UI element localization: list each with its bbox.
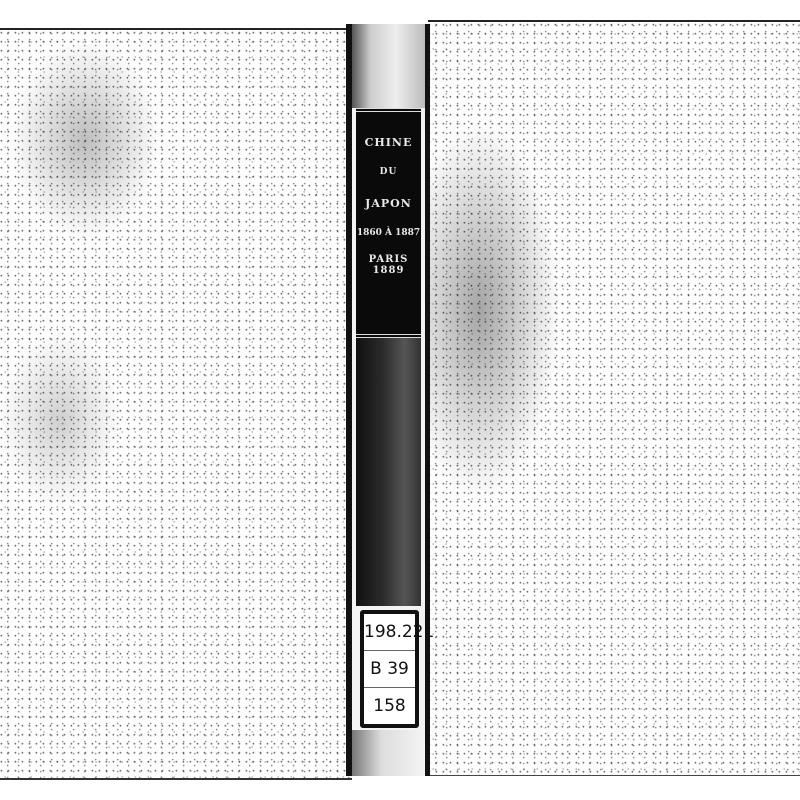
right-cover-board bbox=[428, 20, 800, 776]
spine-body bbox=[356, 338, 421, 606]
call-number-line: B 39 bbox=[364, 651, 415, 688]
book-spine: CHINE DU JAPON 1860 À 1887 PARIS 1889 19… bbox=[346, 24, 430, 776]
spine-place: PARIS bbox=[356, 254, 421, 265]
spine-date-range: 1860 À 1887 bbox=[356, 228, 421, 238]
left-cover-board bbox=[0, 28, 352, 780]
spine-title-label: CHINE DU JAPON 1860 À 1887 PARIS 1889 bbox=[356, 108, 421, 338]
call-number-label: 198.221 B 39 158 bbox=[360, 610, 419, 728]
spine-tail bbox=[352, 730, 425, 776]
call-number-line: 198.221 bbox=[364, 614, 415, 651]
spine-title-line: JAPON bbox=[356, 197, 421, 210]
spine-head bbox=[352, 24, 425, 108]
call-number-line: 158 bbox=[364, 688, 415, 724]
spine-title-line: CHINE bbox=[356, 136, 421, 149]
spine-title-line: DU bbox=[356, 167, 421, 177]
spine-year: 1889 bbox=[356, 265, 421, 276]
